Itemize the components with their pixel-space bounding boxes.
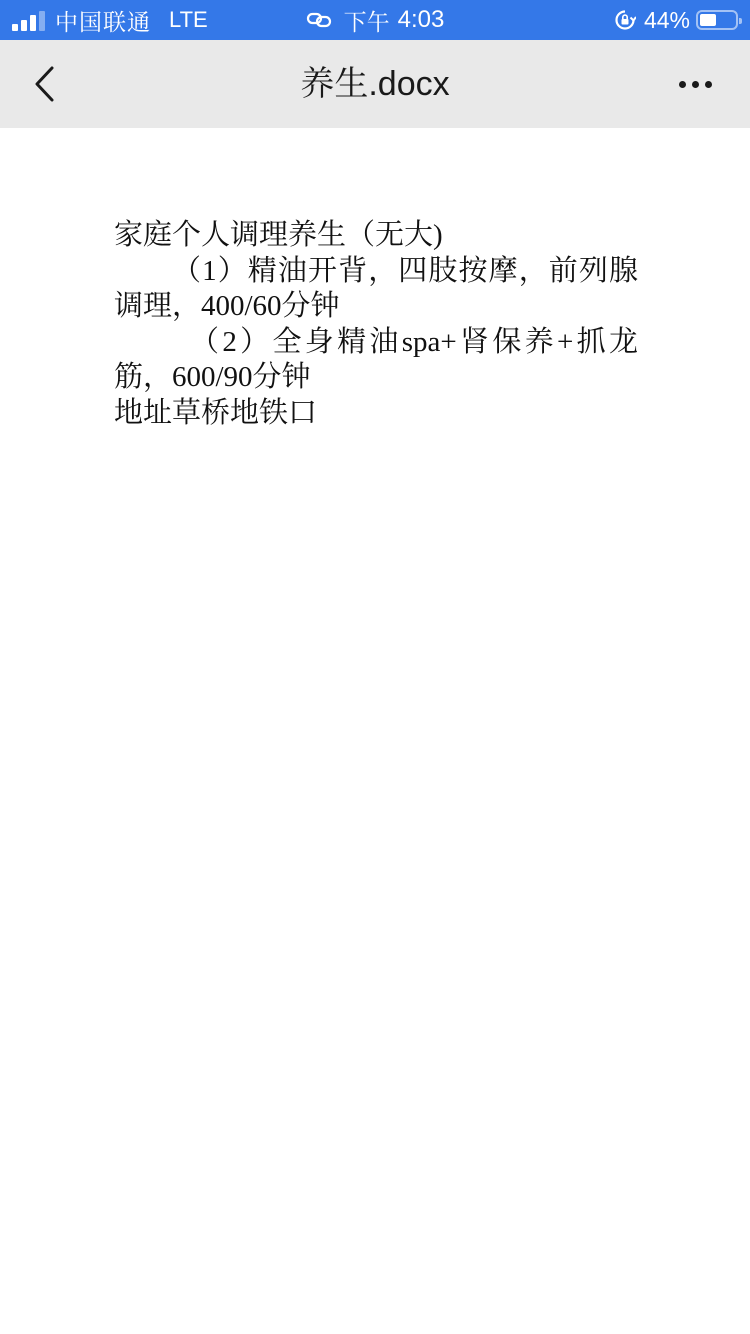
status-bar: 中国联通 LTE 下午 4:03 44%: [0, 0, 750, 40]
clock-time: 4:03: [398, 6, 445, 34]
battery-icon: [696, 10, 738, 30]
doc-paragraph-item-1: （1）精油开背，四肢按摩，前列腺调理，400/60分钟: [114, 254, 638, 325]
chevron-left-icon: [32, 65, 56, 103]
time-prefix: 下午: [344, 4, 390, 37]
document-viewer[interactable]: 家庭个人调理养生（无大) （1）精油开背，四肢按摩，前列腺调理，400/60分钟…: [0, 128, 750, 1334]
battery-percent: 44%: [644, 7, 690, 34]
link-icon: [306, 11, 332, 29]
network-type: LTE: [169, 7, 208, 33]
rotation-lock-icon: [614, 9, 636, 31]
doc-paragraph-heading: 家庭个人调理养生（无大): [114, 218, 638, 254]
status-right: 44%: [614, 0, 738, 40]
doc-paragraph-item-2: （2）全身精油spa+肾保养+抓龙筋，600/90分钟: [114, 325, 638, 396]
signal-icon: [12, 11, 45, 31]
nav-bar: 养生.docx: [0, 40, 750, 128]
ellipsis-icon: [679, 81, 686, 88]
document-content: 家庭个人调理养生（无大) （1）精油开背，四肢按摩，前列腺调理，400/60分钟…: [114, 218, 638, 431]
status-left: 中国联通 LTE: [12, 0, 208, 40]
back-button[interactable]: [22, 62, 66, 106]
carrier-name: 中国联通: [55, 4, 151, 37]
doc-paragraph-address: 地址草桥地铁口: [114, 396, 638, 432]
page-title: 养生.docx: [0, 40, 750, 128]
more-options-button[interactable]: [670, 64, 720, 104]
